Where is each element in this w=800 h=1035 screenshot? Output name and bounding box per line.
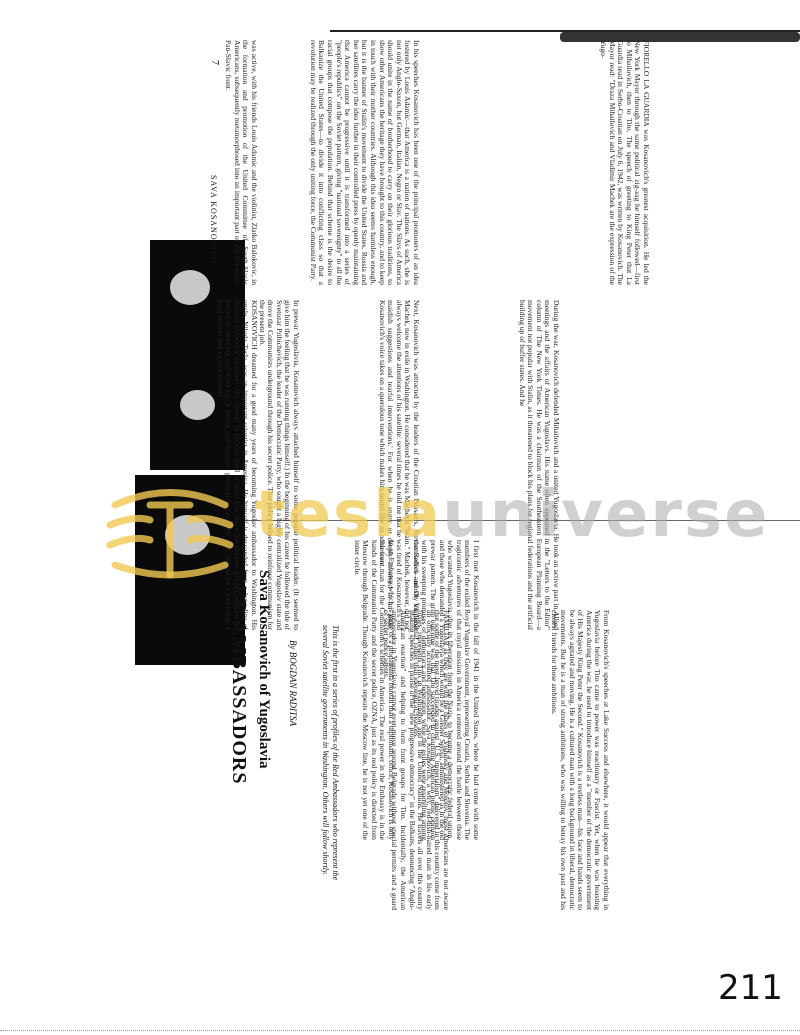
article-column: In his speeches Kosanovich has been one … <box>308 40 420 285</box>
article-intro: This is the first in a series of profile… <box>321 625 340 885</box>
article-column: FIORELLO LA GUARDIA was Kosanovich's gre… <box>598 40 650 285</box>
scan-bottom-dots <box>0 1030 800 1033</box>
byline: By BOGDAN RADITSA <box>288 640 298 726</box>
article-column: During the war, Kosanovich defended Miha… <box>517 300 560 630</box>
watermark-text: teslauniverse <box>255 478 769 552</box>
scan-edge-top-dark <box>560 32 800 42</box>
article-column: From Kosanovich's speeches at Lake Succe… <box>550 610 610 910</box>
watermark-logo-icon <box>95 480 245 590</box>
handwritten-page-number: 211 <box>718 968 783 1008</box>
article-column: In an Embassy which is more of a propaga… <box>352 540 395 840</box>
article-title: Sava Kosanovich of Yugoslavia <box>255 570 272 769</box>
article-column: I first met Kosanovich in the fall of 19… <box>411 540 480 840</box>
page-number: 7 <box>209 60 220 65</box>
section-title: RED AMBASSADORS <box>227 570 250 784</box>
article-column: was active, with his friends Louis Adami… <box>224 40 258 285</box>
running-header: SAVA KOSANOVICH <box>209 175 218 264</box>
